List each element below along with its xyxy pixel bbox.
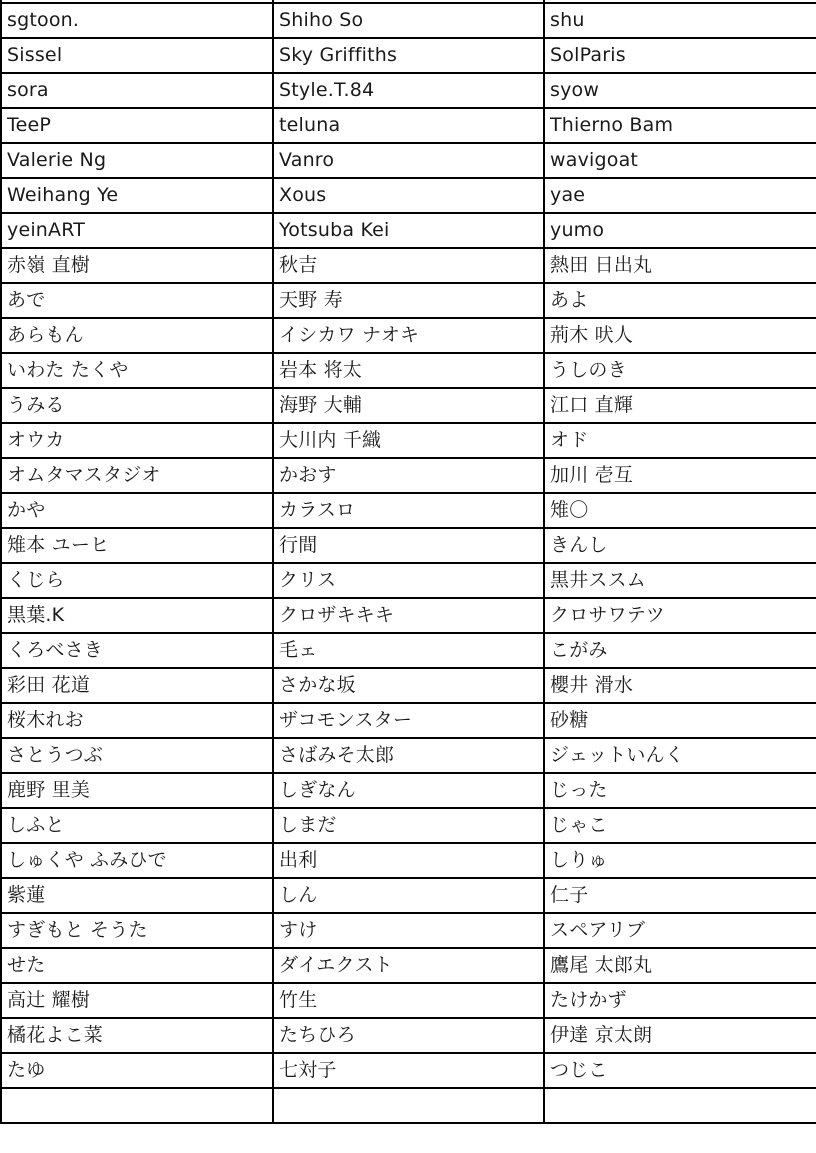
table-row: yeinARTYotsuba Keiyumo xyxy=(1,213,816,248)
table-row: 桜木れおザコモンスター砂糖 xyxy=(1,703,816,738)
spreadsheet-view: sgtoon.Shiho Soshu SisselSky GriffithsSo… xyxy=(0,0,816,1124)
table-cell[interactable]: あらもん xyxy=(1,318,273,353)
table-cell[interactable]: 鹿野 里美 xyxy=(1,773,273,808)
table-cell[interactable]: 雉〇 xyxy=(544,493,816,528)
table-cell[interactable]: クリス xyxy=(273,563,544,598)
table-cell[interactable]: カラスロ xyxy=(273,493,544,528)
table-cell[interactable]: 行間 xyxy=(273,528,544,563)
table-row: かやカラスロ雉〇 xyxy=(1,493,816,528)
table-cell[interactable]: イシカワ ナオキ xyxy=(273,318,544,353)
table-row: 紫蓮しん仁子 xyxy=(1,878,816,913)
table-row: しゅくや ふみひで出利しりゅ xyxy=(1,843,816,878)
table-cell[interactable]: あで xyxy=(1,283,273,318)
table-cell[interactable]: うしのき xyxy=(544,353,816,388)
table-row: Weihang YeXousyae xyxy=(1,178,816,213)
names-table: sgtoon.Shiho Soshu SisselSky GriffithsSo… xyxy=(0,0,816,1124)
table-cell[interactable]: wavigoat xyxy=(544,143,816,178)
table-cell[interactable]: オムタマスタジオ xyxy=(1,458,273,493)
table-cell[interactable]: ダイエクスト xyxy=(273,948,544,983)
table-cell[interactable]: さとうつぶ xyxy=(1,738,273,773)
table-cell[interactable]: かおす xyxy=(273,458,544,493)
table-cell[interactable]: クロサワテツ xyxy=(544,598,816,633)
table-cell[interactable]: 紫蓮 xyxy=(1,878,273,913)
table-cell[interactable]: つじこ xyxy=(544,1053,816,1088)
table-cell[interactable]: あよ xyxy=(544,283,816,318)
table-cell[interactable]: sora xyxy=(1,73,273,108)
table-cell[interactable]: Weihang Ye xyxy=(1,178,273,213)
table-row: くじらクリス黒井ススム xyxy=(1,563,816,598)
table-row: Valerie NgVanrowavigoat xyxy=(1,143,816,178)
table-cell[interactable]: 熱田 日出丸 xyxy=(544,248,816,283)
table-cell[interactable]: スペアリブ xyxy=(544,913,816,948)
table-cell[interactable]: 出利 xyxy=(273,843,544,878)
table-cell[interactable]: 黒井ススム xyxy=(544,563,816,598)
table-cell[interactable]: ジェットいんく xyxy=(544,738,816,773)
table-cell[interactable]: Shiho So xyxy=(273,3,544,38)
table-row: すぎもと そうたすけスペアリブ xyxy=(1,913,816,948)
table-cell[interactable]: 仁子 xyxy=(544,878,816,913)
table-row: 赤嶺 直樹秋吉熱田 日出丸 xyxy=(1,248,816,283)
table-cell[interactable]: 荊木 吠人 xyxy=(544,318,816,353)
table-cell[interactable]: syow xyxy=(544,73,816,108)
table-cell[interactable]: teluna xyxy=(273,108,544,143)
table-cell[interactable]: Thierno Bam xyxy=(544,108,816,143)
table-cell[interactable]: Xous xyxy=(273,178,544,213)
table-cell[interactable]: SolParis xyxy=(544,38,816,73)
table-cell[interactable]: しりゅ xyxy=(544,843,816,878)
table-cell[interactable]: うみる xyxy=(1,388,273,423)
table-cell[interactable] xyxy=(273,1088,544,1123)
table-cell[interactable]: 黒葉.K xyxy=(1,598,273,633)
table-row: しふとしまだじゃこ xyxy=(1,808,816,843)
table-cell[interactable] xyxy=(544,1088,816,1123)
table-cell[interactable]: 砂糖 xyxy=(544,703,816,738)
table-row: 橘花よこ菜たちひろ伊達 京太朗 xyxy=(1,1018,816,1053)
table-cell[interactable]: いわた たくや xyxy=(1,353,273,388)
table-cell[interactable]: オウカ xyxy=(1,423,273,458)
table-cell[interactable]: かや xyxy=(1,493,273,528)
table-row: オウカ大川内 千織オド xyxy=(1,423,816,458)
table-row: SisselSky GriffithsSolParis xyxy=(1,38,816,73)
table-row: あらもんイシカワ ナオキ荊木 吠人 xyxy=(1,318,816,353)
table-cell[interactable]: 彩田 花道 xyxy=(1,668,273,703)
table-cell[interactable]: 天野 寿 xyxy=(273,283,544,318)
table-cell[interactable]: 加川 壱互 xyxy=(544,458,816,493)
table-cell[interactable]: 秋吉 xyxy=(273,248,544,283)
table-row: いわた たくや岩本 将太うしのき xyxy=(1,353,816,388)
table-cell[interactable]: しまだ xyxy=(273,808,544,843)
table-row: TeePtelunaThierno Bam xyxy=(1,108,816,143)
table-cell[interactable]: すぎもと そうた xyxy=(1,913,273,948)
table-cell[interactable]: Sky Griffiths xyxy=(273,38,544,73)
table-cell[interactable]: くじら xyxy=(1,563,273,598)
table-cell[interactable]: さかな坂 xyxy=(273,668,544,703)
table-cell[interactable]: たゆ xyxy=(1,1053,273,1088)
table-cell[interactable]: せた xyxy=(1,948,273,983)
table-row: soraStyle.T.84syow xyxy=(1,73,816,108)
table-cell[interactable]: じった xyxy=(544,773,816,808)
table-cell[interactable]: 毛ェ xyxy=(273,633,544,668)
table-row: あで天野 寿あよ xyxy=(1,283,816,318)
table-cell[interactable]: shu xyxy=(544,3,816,38)
names-table-body: sgtoon.Shiho Soshu SisselSky GriffithsSo… xyxy=(1,0,816,1123)
table-cell[interactable]: オド xyxy=(544,423,816,458)
table-cell[interactable]: 赤嶺 直樹 xyxy=(1,248,273,283)
table-cell[interactable]: 橘花よこ菜 xyxy=(1,1018,273,1053)
table-row: さとうつぶさばみそ太郎ジェットいんく xyxy=(1,738,816,773)
table-cell[interactable]: くろべさき xyxy=(1,633,273,668)
table-row: せたダイエクスト鷹尾 太郎丸 xyxy=(1,948,816,983)
table-cell[interactable]: TeeP xyxy=(1,108,273,143)
table-cell[interactable]: こがみ xyxy=(544,633,816,668)
table-cell[interactable]: 海野 大輔 xyxy=(273,388,544,423)
table-cell[interactable]: さばみそ太郎 xyxy=(273,738,544,773)
table-row: 黒葉.Kクロザキキキクロサワテツ xyxy=(1,598,816,633)
table-row: くろべさき毛ェこがみ xyxy=(1,633,816,668)
table-cell[interactable]: しふと xyxy=(1,808,273,843)
table-cell[interactable]: yumo xyxy=(544,213,816,248)
table-cell[interactable]: yeinART xyxy=(1,213,273,248)
table-cell[interactable]: 鷹尾 太郎丸 xyxy=(544,948,816,983)
table-row: sgtoon.Shiho Soshu xyxy=(1,3,816,38)
table-cell[interactable]: 江口 直輝 xyxy=(544,388,816,423)
table-cell[interactable]: Valerie Ng xyxy=(1,143,273,178)
table-row: たゆ七対子つじこ xyxy=(1,1053,816,1088)
table-cell[interactable]: 岩本 将太 xyxy=(273,353,544,388)
table-cell[interactable]: 雉本 ユーヒ xyxy=(1,528,273,563)
table-cell[interactable]: たちひろ xyxy=(273,1018,544,1053)
table-row: 高辻 耀樹竹生たけかず xyxy=(1,983,816,1018)
table-row-partial-bottom xyxy=(1,1088,816,1123)
table-cell[interactable]: しゅくや ふみひで xyxy=(1,843,273,878)
table-cell[interactable]: Vanro xyxy=(273,143,544,178)
table-cell[interactable] xyxy=(1,1088,273,1123)
table-cell[interactable]: yae xyxy=(544,178,816,213)
table-cell[interactable]: しん xyxy=(273,878,544,913)
table-cell[interactable]: しぎなん xyxy=(273,773,544,808)
table-cell[interactable]: sgtoon. xyxy=(1,3,273,38)
table-cell[interactable]: きんし xyxy=(544,528,816,563)
table-cell[interactable]: 竹生 xyxy=(273,983,544,1018)
table-row: 彩田 花道さかな坂櫻井 滑水 xyxy=(1,668,816,703)
table-cell[interactable]: じゃこ xyxy=(544,808,816,843)
table-cell[interactable]: 七対子 xyxy=(273,1053,544,1088)
table-cell[interactable]: すけ xyxy=(273,913,544,948)
table-row: 鹿野 里美しぎなんじった xyxy=(1,773,816,808)
table-cell[interactable]: ザコモンスター xyxy=(273,703,544,738)
table-cell[interactable]: 伊達 京太朗 xyxy=(544,1018,816,1053)
table-row: オムタマスタジオかおす加川 壱互 xyxy=(1,458,816,493)
table-row: うみる海野 大輔江口 直輝 xyxy=(1,388,816,423)
table-cell[interactable]: Yotsuba Kei xyxy=(273,213,544,248)
table-cell[interactable]: 櫻井 滑水 xyxy=(544,668,816,703)
table-cell[interactable]: Style.T.84 xyxy=(273,73,544,108)
table-cell[interactable]: 桜木れお xyxy=(1,703,273,738)
table-cell[interactable]: 大川内 千織 xyxy=(273,423,544,458)
table-cell[interactable]: クロザキキキ xyxy=(273,598,544,633)
table-cell[interactable]: たけかず xyxy=(544,983,816,1018)
table-row: 雉本 ユーヒ行間きんし xyxy=(1,528,816,563)
table-cell[interactable]: 高辻 耀樹 xyxy=(1,983,273,1018)
table-cell[interactable]: Sissel xyxy=(1,38,273,73)
